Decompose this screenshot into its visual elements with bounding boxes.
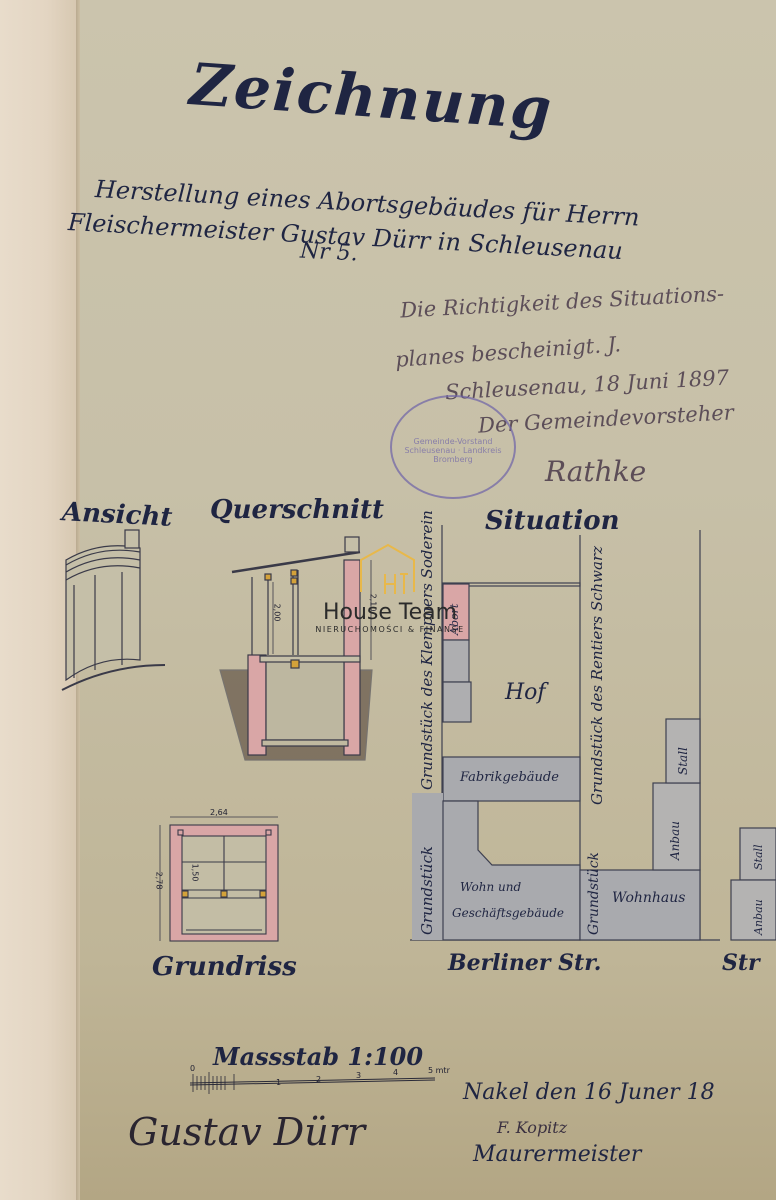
dim-height-left: 2,00	[272, 604, 281, 622]
builder-signature: F. Kopitz	[497, 1118, 567, 1137]
site-label-grundstueck-mid-lower: Grundstück	[586, 852, 602, 935]
grundriss-plan	[160, 817, 278, 941]
site-label-grundstueck-lower: Grundstück	[418, 846, 436, 935]
site-label-wohnhaus: Wohnhaus	[612, 890, 685, 906]
stamp-text: Gemeinde-Vorstand Schleusenau · Landkrei…	[392, 437, 514, 464]
street-name: Berliner Str.	[448, 950, 601, 976]
site-label-hof: Hof	[505, 680, 546, 705]
section-label-ansicht: Ansicht	[61, 497, 173, 533]
scale-tick-1: 1	[276, 1078, 281, 1087]
subtitle-line-3: Nr 5.	[299, 239, 358, 267]
site-label-wohn-1: Wohn und	[460, 880, 521, 894]
place-date: Nakel den 16 Juner 18	[463, 1080, 715, 1105]
site-label-neighbour-mid: Grundstück des Rentiers Schwarz	[588, 546, 606, 805]
watermark-name: House Team	[305, 600, 475, 625]
watermark: House Team NIERUCHOMOŚCI & FINANSE	[305, 540, 475, 634]
ansicht-elevation	[62, 530, 165, 690]
site-label-stall-right: Stall	[752, 844, 765, 870]
site-label-wohn-2: Geschäftsgebäude	[452, 906, 564, 920]
scale-bar	[190, 1072, 435, 1094]
section-label-querschnitt: Querschnitt	[210, 495, 384, 525]
scale-label: Massstab 1:100	[213, 1042, 423, 1071]
section-label-grundriss: Grundriss	[152, 952, 297, 982]
section-label-situation: Situation	[485, 506, 620, 536]
owner-signature: Gustav Dürr	[128, 1110, 365, 1154]
approval-signature: Rathke	[545, 455, 646, 488]
street-name-right: Str	[722, 950, 760, 976]
site-label-stall: Stall	[676, 747, 690, 775]
watermark-logo-space	[305, 540, 475, 596]
dim-depth: 2,78	[154, 872, 163, 890]
site-label-anbau-right: Anbau	[752, 899, 765, 935]
builder-title: Maurermeister	[473, 1142, 641, 1167]
official-stamp: Gemeinde-Vorstand Schleusenau · Landkrei…	[390, 395, 516, 499]
dim-width: 2,64	[210, 808, 228, 817]
scale-tick-4: 4	[393, 1068, 398, 1077]
scale-tick-3: 3	[356, 1071, 361, 1080]
watermark-tagline: NIERUCHOMOŚCI & FINANSE	[305, 625, 475, 634]
scale-tick-2: 2	[316, 1075, 321, 1084]
dim-inner: 1,50	[190, 864, 199, 882]
scale-tick-0: 0	[190, 1064, 195, 1073]
site-label-fabrikgebaeude: Fabrikgebäude	[460, 770, 559, 785]
scale-tick-5: 5 mtr	[428, 1066, 450, 1075]
site-label-anbau: Anbau	[668, 821, 682, 860]
